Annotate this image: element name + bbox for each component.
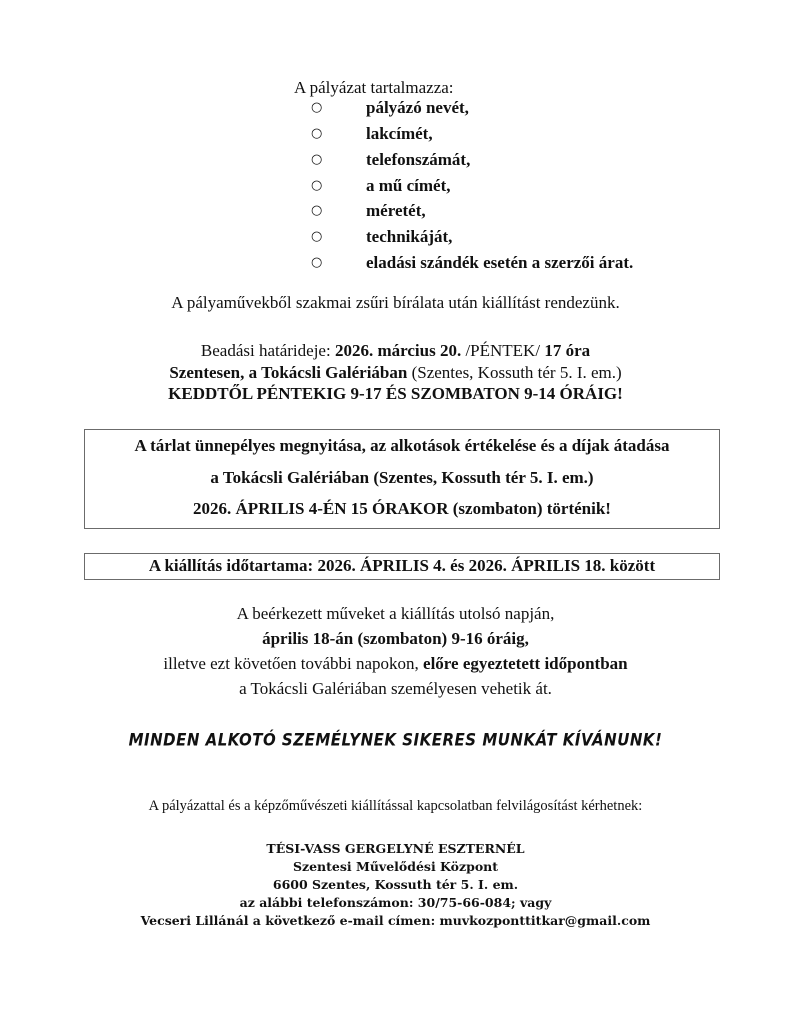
list-item-text: a mű címét, bbox=[366, 173, 451, 199]
list-item-text: méretét, bbox=[366, 198, 426, 224]
circle-bullet-icon: ○ bbox=[311, 147, 322, 173]
deadline-time: 17 óra bbox=[544, 341, 590, 360]
list-item-text: pályázó nevét, bbox=[366, 95, 469, 121]
deadline-line: Beadási határideje: 2026. március 20. /P… bbox=[0, 341, 791, 361]
list-item: ○ telefonszámát, bbox=[0, 147, 791, 173]
list-item: ○ lakcímét, bbox=[0, 121, 791, 147]
deadline-day: /PÉNTEK/ bbox=[461, 341, 544, 360]
circle-bullet-icon: ○ bbox=[311, 250, 322, 276]
deadline-place: Szentesen, a Tokácsli Galériában (Szente… bbox=[0, 363, 791, 383]
pickup-line-1: A beérkezett műveket a kiállítás utolsó … bbox=[0, 604, 791, 624]
duration-box: A kiállítás időtartama: 2026. ÁPRILIS 4.… bbox=[84, 553, 720, 580]
list-item: ○ méretét, bbox=[0, 198, 791, 224]
email-line-prefix: Vecseri Lillánál a következő e-mail címe… bbox=[141, 913, 440, 928]
list-item-text: lakcímét, bbox=[366, 121, 433, 147]
phone-line: az alábbi telefonszámon: 30/75-66-084; v… bbox=[0, 894, 791, 912]
list-item: ○ technikáját, bbox=[0, 224, 791, 250]
list-item-text: eladási szándék esetén a szerzői árat. bbox=[366, 250, 633, 276]
info-intro: A pályázattal és a képzőművészeti kiállí… bbox=[0, 798, 791, 815]
opening-line-1: A tárlat ünnepélyes megnyitása, az alkot… bbox=[85, 436, 719, 456]
list-item: ○ a mű címét, bbox=[0, 173, 791, 199]
pickup-line-4: a Tokácsli Galériában személyesen veheti… bbox=[0, 679, 791, 699]
pickup-line-3: illetve ezt követően további napokon, el… bbox=[0, 654, 791, 674]
deadline-place-address: (Szentes, Kossuth tér 5. I. em.) bbox=[407, 363, 621, 382]
organization-name: Szentesi Művelődési Központ bbox=[0, 858, 791, 876]
organization-address: 6600 Szentes, Kossuth tér 5. I. em. bbox=[0, 876, 791, 894]
circle-bullet-icon: ○ bbox=[311, 95, 322, 121]
opening-line-2: a Tokácsli Galériában (Szentes, Kossuth … bbox=[85, 468, 719, 488]
pickup-line-3-bold: előre egyeztetett időpontban bbox=[423, 654, 628, 673]
opening-line-3: 2026. ÁPRILIS 4-ÉN 15 ÓRAKOR (szombaton)… bbox=[85, 499, 719, 519]
list-item-text: technikáját, bbox=[366, 224, 452, 250]
circle-bullet-icon: ○ bbox=[311, 173, 322, 199]
circle-bullet-icon: ○ bbox=[311, 198, 322, 224]
email-line: Vecseri Lillánál a következő e-mail címe… bbox=[0, 912, 791, 930]
list-item: ○ pályázó nevét, bbox=[0, 95, 791, 121]
jury-note: A pályaművekből szakmai zsűri bírálata u… bbox=[0, 293, 791, 313]
list-item: ○ eladási szándék esetén a szerzői árat. bbox=[0, 250, 791, 276]
contact-name: TÉSI-VASS GERGELYNÉ ESZTERNÉL bbox=[0, 840, 791, 858]
deadline-date: 2026. március 20. bbox=[335, 341, 461, 360]
deadline-label: Beadási határideje: bbox=[201, 341, 335, 360]
list-item-text: telefonszámát, bbox=[366, 147, 470, 173]
opening-info-box: A tárlat ünnepélyes megnyitása, az alkot… bbox=[84, 429, 720, 529]
circle-bullet-icon: ○ bbox=[311, 224, 322, 250]
deadline-place-name: Szentesen, a Tokácsli Galériában bbox=[169, 363, 407, 382]
deadline-hours: KEDDTŐL PÉNTEKIG 9-17 ÉS SZOMBATON 9-14 … bbox=[0, 384, 791, 404]
pickup-line-2: április 18-án (szombaton) 9-16 óráig, bbox=[0, 629, 791, 649]
slogan: MINDEN ALKOTÓ SZEMÉLYNEK SIKERES MUNKÁT … bbox=[0, 730, 791, 750]
email-address[interactable]: muvkozponttitkar@gmail.com bbox=[440, 913, 651, 928]
pickup-line-3-regular: illetve ezt követően további napokon, bbox=[163, 654, 423, 673]
circle-bullet-icon: ○ bbox=[311, 121, 322, 147]
